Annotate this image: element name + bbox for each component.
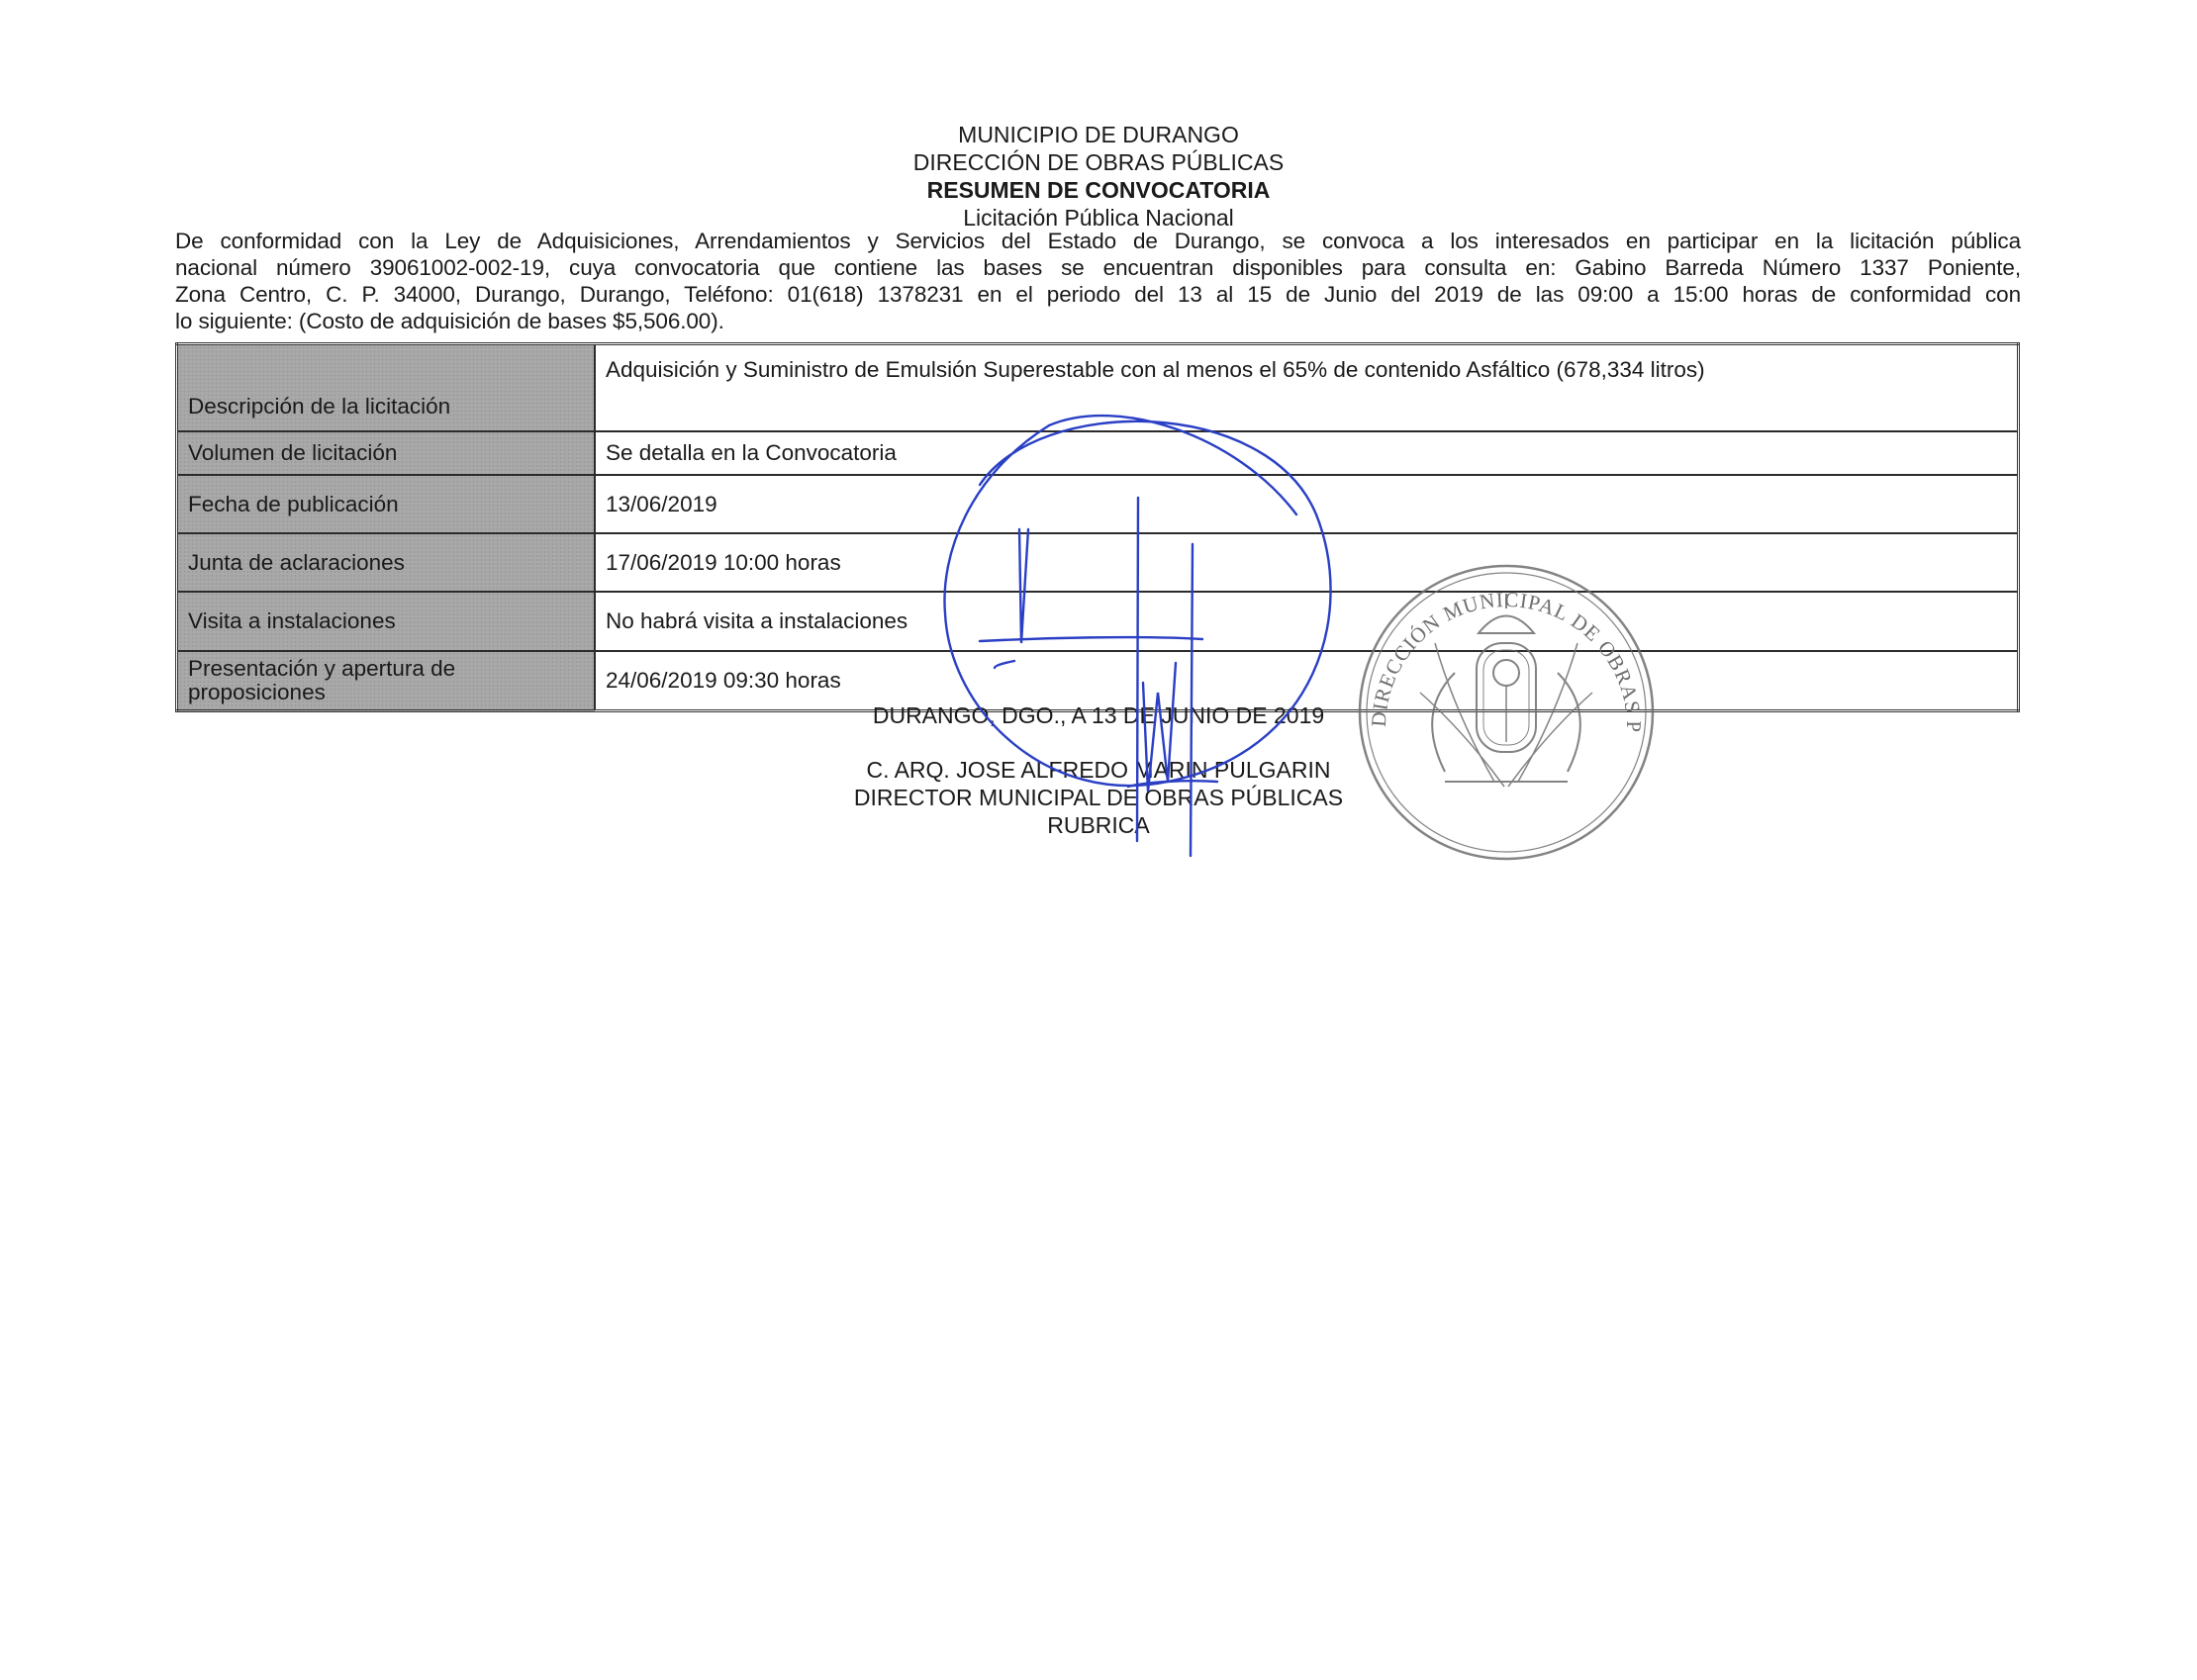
place-date: DURANGO, DGO., A 13 DE JUNIO DE 2019 xyxy=(812,702,1385,729)
table-row: Fecha de publicación 13/06/2019 xyxy=(177,475,2019,533)
row-value: Se detalla en la Convocatoria xyxy=(595,431,2019,475)
row-label: Fecha de publicación xyxy=(177,475,596,533)
intro-line: De conformidad con la Ley de Adquisicion… xyxy=(175,228,2021,254)
row-label: Junta de aclaraciones xyxy=(177,533,596,592)
tender-summary-table: Descripción de la licitación Adquisición… xyxy=(175,342,2020,712)
row-value: No habrá visita a instalaciones xyxy=(595,592,2019,651)
intro-line: Zona Centro, C. P. 34000, Durango, Duran… xyxy=(175,281,2021,308)
intro-line: nacional número 39061002-002-19, cuya co… xyxy=(175,254,2021,281)
municipality-name: MUNICIPIO DE DURANGO xyxy=(0,121,2197,148)
table-row: Descripción de la licitación Adquisición… xyxy=(177,344,2019,432)
document-title: RESUMEN DE CONVOCATORIA xyxy=(0,176,2197,204)
row-label: Presentación y apertura de proposiciones xyxy=(177,651,596,711)
signer-name: C. ARQ. JOSE ALFREDO MARIN PULGARIN xyxy=(812,757,1385,784)
document-header: MUNICIPIO DE DURANGO DIRECCIÓN DE OBRAS … xyxy=(0,121,2197,232)
row-value: 13/06/2019 xyxy=(595,475,2019,533)
table-row: Junta de aclaraciones 17/06/2019 10:00 h… xyxy=(177,533,2019,592)
row-label: Volumen de licitación xyxy=(177,431,596,475)
intro-paragraph: De conformidad con la Ley de Adquisicion… xyxy=(175,228,2021,334)
row-label: Visita a instalaciones xyxy=(177,592,596,651)
department-name: DIRECCIÓN DE OBRAS PÚBLICAS xyxy=(0,148,2197,176)
table-row: Volumen de licitación Se detalla en la C… xyxy=(177,431,2019,475)
row-value: Adquisición y Suministro de Emulsión Sup… xyxy=(595,344,2019,432)
row-label: Descripción de la licitación xyxy=(177,344,596,432)
row-value: 17/06/2019 10:00 horas xyxy=(595,533,2019,592)
intro-line: lo siguiente: (Costo de adquisición de b… xyxy=(175,308,2021,334)
signature-note: RUBRICA xyxy=(812,812,1385,839)
table-row: Visita a instalaciones No habrá visita a… xyxy=(177,592,2019,651)
signer-title: DIRECTOR MUNICIPAL DE OBRAS PÚBLICAS xyxy=(812,785,1385,811)
